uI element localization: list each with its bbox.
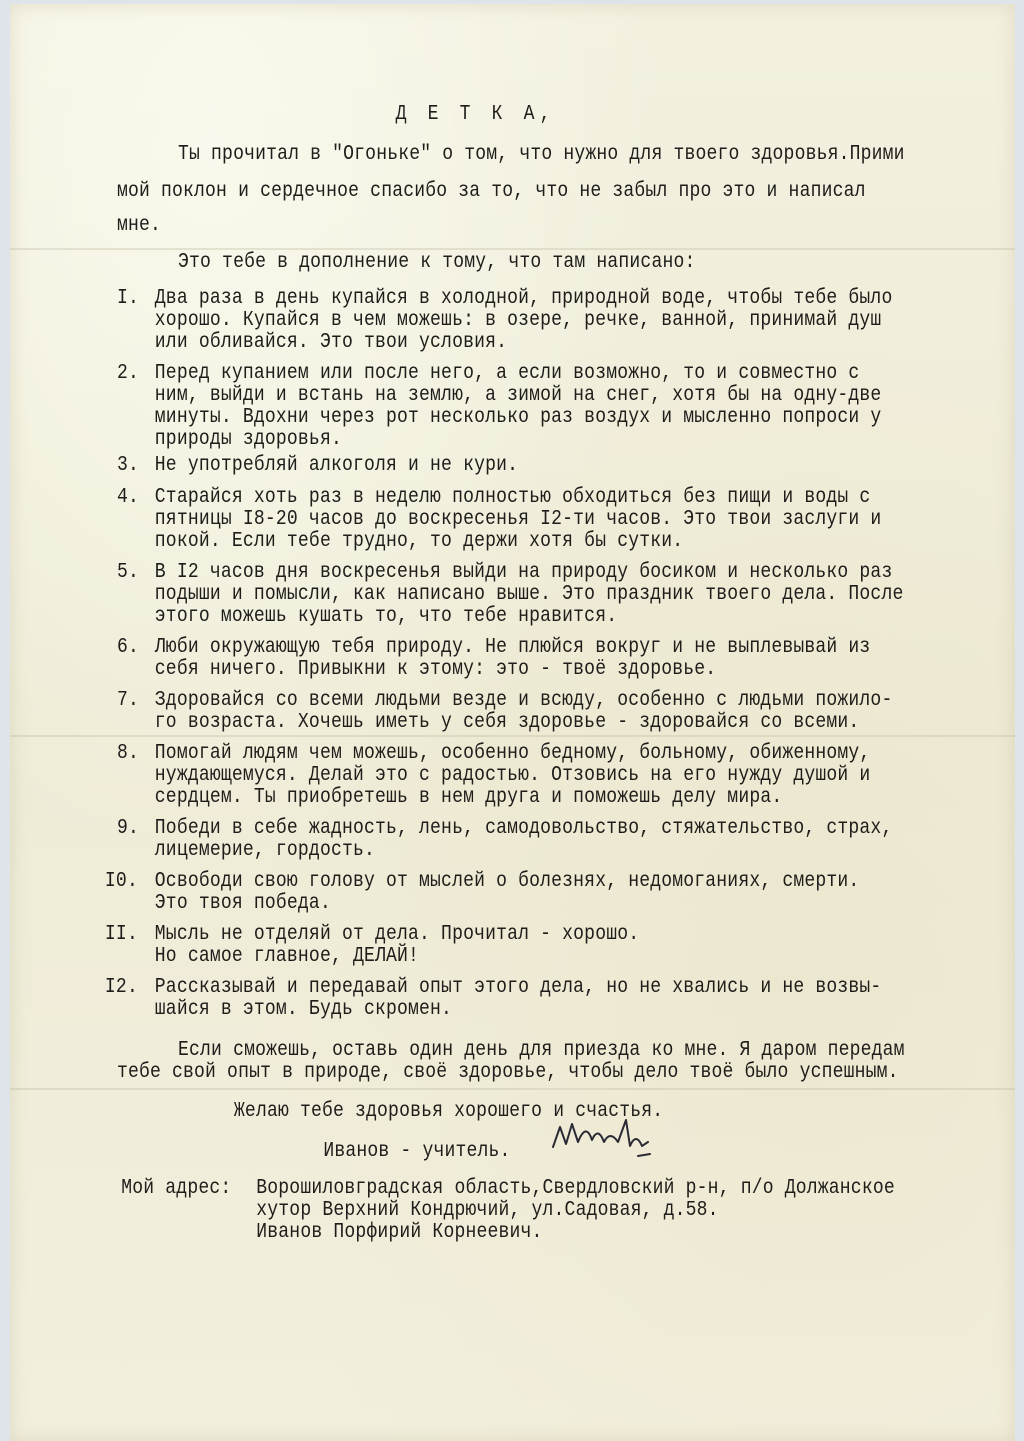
item-line: Люби окружающую тебя природу. Не плюйся …: [155, 636, 871, 659]
letter-title: Д Е Т К А,: [396, 103, 556, 126]
closing-line: тебе свой опыт в природе, своё здоровье,…: [117, 1061, 899, 1084]
handwritten-signature-icon: [548, 1112, 678, 1162]
item-number: 4.: [117, 486, 139, 509]
item-line: себя ничего. Привыкни к этому: это - тво…: [155, 658, 716, 681]
item-line: В I2 часов дня воскресенья выйди на прир…: [155, 561, 893, 584]
item-line: покой. Если тебе трудно, то держи хотя б…: [155, 530, 683, 553]
item-line: подыши и помысли, как написано выше. Это…: [155, 583, 904, 606]
address-line: хутор Верхний Кондрючий, ул.Садовая, д.5…: [256, 1199, 718, 1222]
item-line: Здоровайся со всеми людьми везде и всюду…: [155, 689, 893, 712]
item-number: 3.: [117, 454, 139, 477]
address-label: Мой адрес:: [121, 1177, 231, 1200]
address-line: Иванов Порфирий Корнеевич.: [256, 1221, 542, 1244]
item-line: лицемерие, гордость.: [155, 839, 375, 862]
item-line: минуты. Вдохни через рот несколько раз в…: [155, 406, 882, 429]
item-number: 6.: [117, 636, 139, 659]
item-line: Не употребляй алкоголя и не кури.: [155, 454, 518, 477]
item-number: I0.: [105, 870, 138, 893]
item-line: сердцем. Ты приобретешь в нем друга и по…: [155, 786, 783, 809]
item-number: 8.: [117, 742, 139, 765]
item-number: II.: [105, 923, 138, 946]
item-line: Освободи свою голову от мыслей о болезня…: [155, 870, 860, 893]
intro-line: Ты прочитал в "Огоньке" о том, что нужно…: [178, 143, 905, 166]
item-number: I.: [117, 287, 139, 310]
item-line: Это твоя победа.: [155, 892, 331, 915]
item-line: хорошо. Купайся в чем можешь: в озере, р…: [155, 309, 882, 332]
item-line: Мысль не отделяй от дела. Прочитал - хор…: [155, 923, 639, 946]
item-line: Победи в себе жадность, лень, самодоволь…: [155, 817, 893, 840]
item-line: Рассказывай и передавай опыт этого дела,…: [155, 976, 882, 999]
item-number: 9.: [117, 817, 139, 840]
item-line: Два раза в день купайся в холодной, прир…: [155, 287, 893, 310]
item-number: 7.: [117, 689, 139, 712]
lead-line: Это тебе в дополнение к тому, что там на…: [178, 251, 695, 274]
paper-fold: [10, 735, 1015, 737]
item-line: Старайся хоть раз в неделю полностью обх…: [155, 486, 871, 509]
item-line: природы здоровья.: [155, 428, 342, 451]
item-line: Но самое главное, ДЕЛАЙ!: [155, 945, 419, 968]
item-line: го возраста. Хочешь иметь у себя здоровь…: [155, 711, 860, 734]
item-line: Помогай людям чем можешь, особенно бедно…: [155, 742, 871, 765]
item-line: или обливайся. Это твои условия.: [155, 331, 507, 354]
item-line: пятницы I8-20 часов до воскресенья I2-ти…: [155, 508, 882, 531]
item-number: 2.: [117, 362, 139, 385]
intro-line: мой поклон и сердечное спасибо за то, чт…: [117, 180, 866, 203]
item-line: шайся в этом. Будь скромен.: [155, 998, 452, 1021]
address-line: Ворошиловградская область,Свердловский р…: [256, 1177, 895, 1200]
paper-fold: [10, 1088, 1015, 1090]
paper-fold: [10, 248, 1015, 250]
item-line: ним, выйди и встань на землю, а зимой на…: [155, 384, 882, 407]
signature-line: Иванов - учитель.: [323, 1140, 510, 1163]
item-number: 5.: [117, 561, 139, 584]
item-line: этого можешь кушать то, что тебе нравитс…: [155, 605, 617, 628]
intro-line: мне.: [117, 214, 161, 237]
item-line: нуждающемуся. Делай это с радостью. Отзо…: [155, 764, 871, 787]
closing-line: Если сможешь, оставь один день для приез…: [178, 1039, 905, 1062]
item-number: I2.: [105, 976, 138, 999]
item-line: Перед купанием или после него, а если во…: [155, 362, 860, 385]
